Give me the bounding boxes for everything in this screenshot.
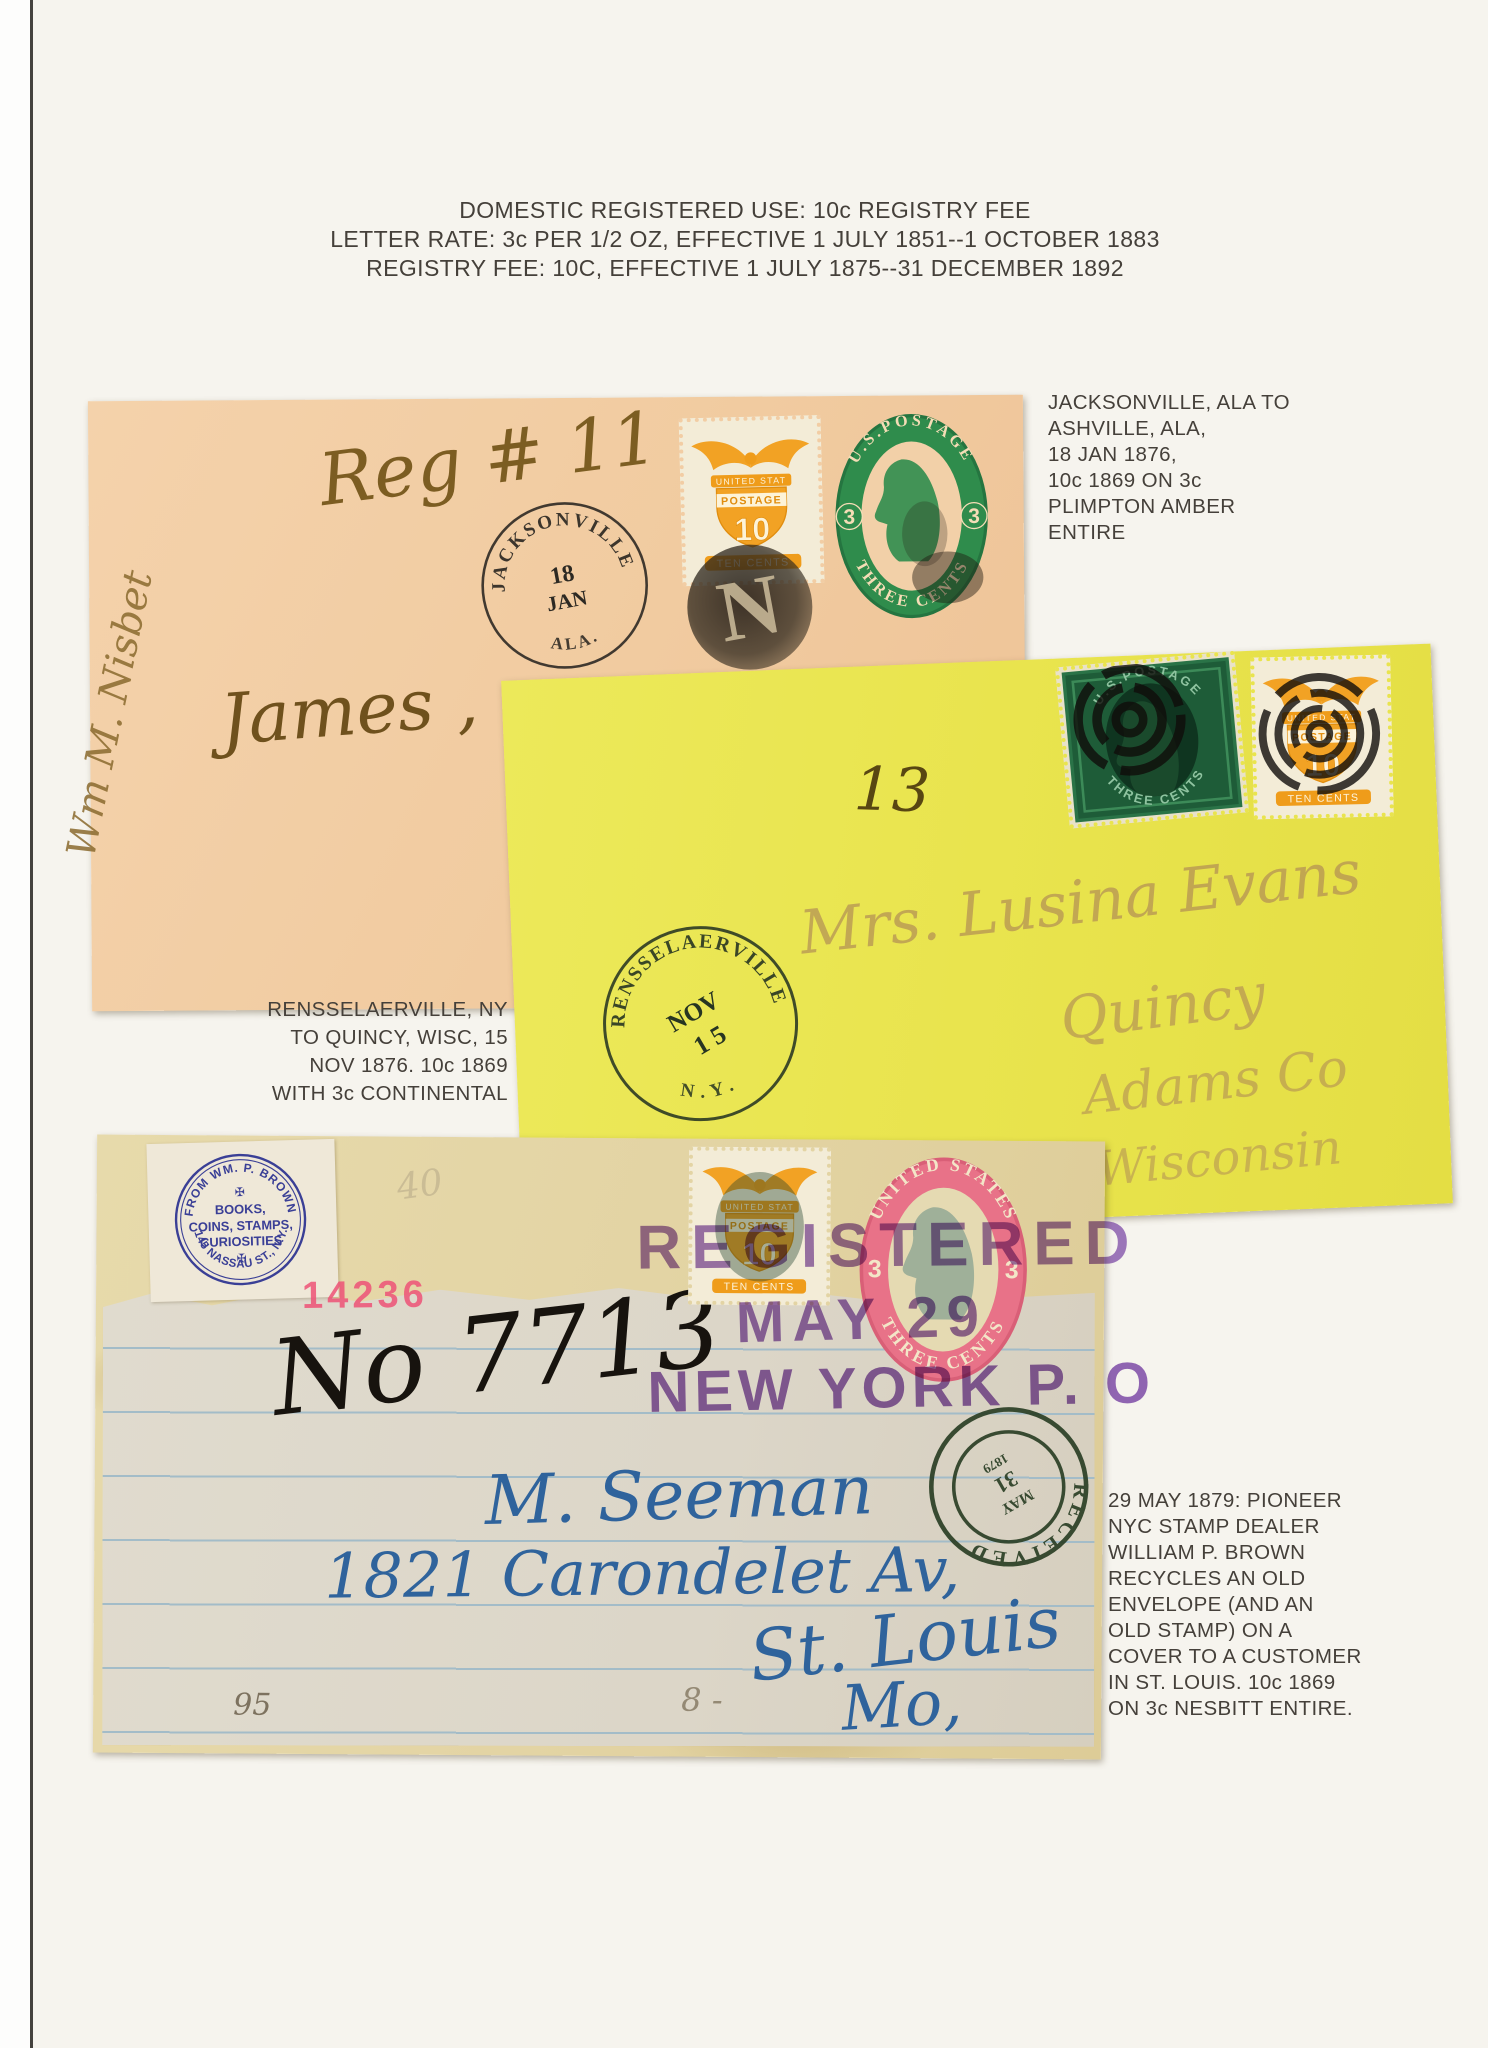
- postmark-day: 18: [548, 560, 576, 590]
- postmark-month: JAN: [545, 585, 590, 616]
- caption-line: IN ST. LOUIS. 10c 1869: [1108, 1670, 1362, 1696]
- killer-cancel-letter: N: [710, 552, 789, 662]
- dealer-label-line-3: CURIOSITIES: [200, 1233, 283, 1250]
- dealer-label-line-1: BOOKS,: [215, 1201, 266, 1217]
- caption-line: JACKSONVILLE, ALA TO: [1048, 390, 1290, 416]
- cover-3-nesbitt-entire: FROM WM. P. BROWN 145 NASSAU ST., N.Y. ✠…: [93, 1134, 1105, 1759]
- manuscript-number: 13: [853, 754, 931, 826]
- title-line-2: LETTER RATE: 3c PER 1/2 OZ, EFFECTIVE 1 …: [320, 225, 1170, 254]
- title-line-3: REGISTRY FEE: 10C, EFFECTIVE 1 JULY 1875…: [320, 254, 1170, 283]
- caption-line: 18 JAN 1876,: [1048, 442, 1290, 468]
- address-line-2: 1821 Carondelet Av,: [324, 1533, 961, 1613]
- stamp-3c-continental: U.S.POSTAGE THREE CENTS: [1055, 651, 1249, 829]
- page-edge-line: [30, 0, 33, 2048]
- embossed-3c-green: U.S.POSTAGE THREE CENTS 3 3: [830, 407, 994, 643]
- title-line-1: DOMESTIC REGISTERED USE: 10c REGISTRY FE…: [320, 196, 1170, 225]
- caption-line: WILLIAM P. BROWN: [1108, 1540, 1362, 1566]
- exhibit-page-scan: { "page": { "title_lines": [ "DOMESTIC R…: [0, 0, 1488, 2048]
- embossed-value-left: 3: [843, 506, 855, 529]
- postmark-state-arc: N.Y.: [676, 1071, 744, 1107]
- address-line-2: Quincy: [1056, 960, 1269, 1054]
- pencil-mark-left: 95: [233, 1687, 271, 1722]
- handstamp-office: NEW YORK P. O: [647, 1349, 1156, 1426]
- handstamp-date: MAY 29: [735, 1282, 988, 1356]
- embossed-value-right: 3: [968, 505, 980, 528]
- caption-line: OLD STAMP) ON A: [1108, 1618, 1362, 1644]
- addressee-script: James ,: [217, 660, 481, 762]
- postmark-state-arc: ALA.: [547, 625, 604, 658]
- handstamp-registered: REGISTERED: [636, 1207, 1140, 1283]
- address-line-3: Adams Co: [1080, 1038, 1350, 1127]
- stamp-10c-1869: UNITED STAT POSTAGE 10 TEN CENTS: [1250, 654, 1394, 819]
- caption-line: RENSSELAERVILLE, NY: [240, 996, 508, 1024]
- caption-line: WITH 3c CONTINENTAL: [240, 1080, 508, 1108]
- endorsement-script-vertical: Wm M. Nisbet: [40, 479, 180, 949]
- exhibit-title: DOMESTIC REGISTERED USE: 10c REGISTRY FE…: [320, 196, 1170, 283]
- page-left-margin: [0, 0, 30, 2048]
- caption-line: NOV 1876. 10c 1869: [240, 1052, 508, 1080]
- caption-line: NYC STAMP DEALER: [1108, 1514, 1362, 1540]
- caption-cover-1: JACKSONVILLE, ALA TO ASHVILLE, ALA, 18 J…: [1048, 390, 1290, 546]
- address-line-1: M. Seeman: [484, 1451, 875, 1541]
- caption-line: TO QUINCY, WISC, 15: [240, 1024, 508, 1052]
- rensselaerville-postmark: RENSSELAERVILLE N.Y. NOV 1 5: [584, 907, 816, 1139]
- caption-line: COVER TO A CUSTOMER: [1108, 1644, 1362, 1670]
- caption-line: RECYCLES AN OLD: [1108, 1566, 1362, 1592]
- address-line-1: Mrs. Lusina Evans: [796, 837, 1364, 968]
- pencil-mark-top: 40: [394, 1162, 445, 1209]
- address-line-4: Wisconsin: [1094, 1119, 1344, 1197]
- caption-line: 10c 1869 ON 3c: [1048, 468, 1290, 494]
- address-line-4: Mo,: [839, 1664, 964, 1744]
- caption-line: PLIMPTON AMBER: [1048, 494, 1290, 520]
- caption-line: ASHVILLE, ALA,: [1048, 416, 1290, 442]
- svg-text:N.Y.: N.Y.: [676, 1071, 744, 1107]
- svg-text:ALA.: ALA.: [547, 625, 604, 658]
- jacksonville-postmark: JACKSONVILLE ALA. 18 JAN: [463, 484, 667, 688]
- caption-line: ON 3c NESBITT ENTIRE.: [1108, 1696, 1362, 1722]
- killer-cancel-n: N: [687, 544, 813, 670]
- pencil-mark-center: 8 -: [681, 1681, 723, 1719]
- stamp-top-label: UNITED STAT: [716, 475, 787, 487]
- cross-icon: ✠: [235, 1185, 245, 1199]
- stamp-mid-label: POSTAGE: [721, 494, 782, 507]
- cross-icon: ✠: [236, 1251, 246, 1265]
- caption-cover-2: RENSSELAERVILLE, NY TO QUINCY, WISC, 15 …: [240, 996, 508, 1108]
- caption-line: 29 MAY 1879: PIONEER: [1108, 1488, 1362, 1514]
- caption-cover-3: 29 MAY 1879: PIONEER NYC STAMP DEALER WI…: [1108, 1488, 1362, 1722]
- stamp-value: 10: [734, 511, 771, 548]
- caption-line: ENTIRE: [1048, 520, 1290, 546]
- caption-line: ENVELOPE (AND AN: [1108, 1592, 1362, 1618]
